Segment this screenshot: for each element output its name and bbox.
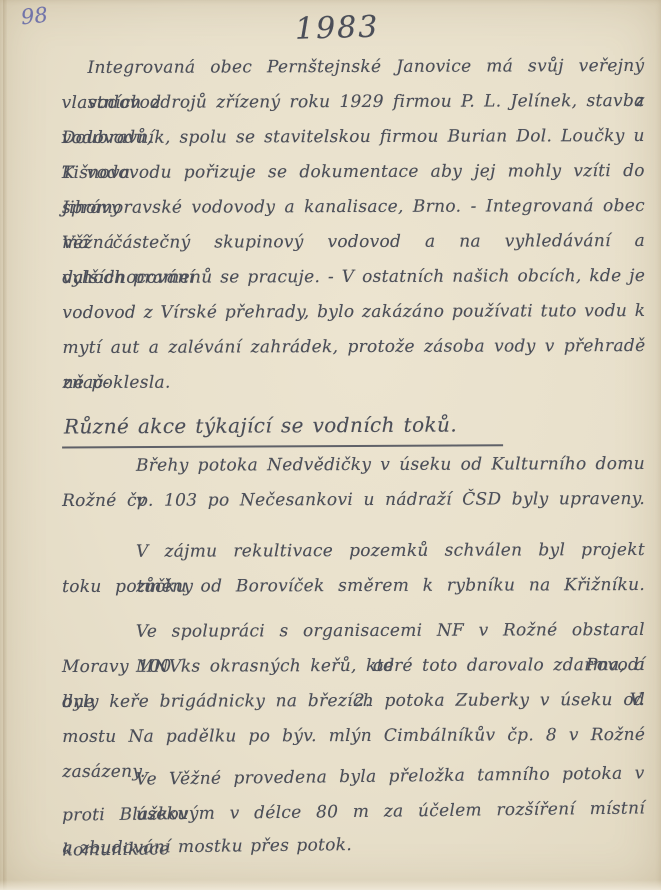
handwritten-line: dalších pramenů se pracuje. - V ostatníc… (62, 259, 645, 296)
handwritten-line: ně poklesla. (62, 364, 645, 401)
section-heading: Různé akce týkající se vodních toků. (62, 406, 645, 449)
handwritten-line: Rožné čp. 103 po Nečesankovi u nádraží Č… (62, 482, 645, 519)
year-heading: 1983 (294, 0, 661, 55)
paragraph-recultivation: V zájmu rekultivace pozemků schválen byl… (62, 533, 645, 605)
section-heading-text: Různé akce týkající se vodních toků. (62, 407, 503, 448)
handwritten-line: V zájmu rekultivace pozemků schválen byl… (62, 533, 645, 570)
page-number: 98 (20, 3, 49, 30)
handwritten-line: Integrovaná obec Pernštejnské Janovice m… (61, 49, 644, 86)
handwritten-line: má částečný skupinový vodovod a na vyhle… (62, 224, 645, 261)
handwritten-line: byly keře brigádnicky na březích potoka … (62, 683, 645, 720)
handwritten-line: Doubravník, spolu se stavitelskou firmou… (62, 119, 645, 156)
handwritten-line: vlastních zdrojů zřízený roku 1929 firmo… (62, 84, 645, 121)
handwritten-line: Jihomoravské vodovody a kanalisace, Brno… (62, 189, 645, 226)
handwritten-line: Břehy potoka Nedvědičky v úseku od Kultu… (62, 447, 645, 484)
intro-paragraph: Integrovaná obec Pernštejnské Janovice m… (61, 49, 645, 401)
handwritten-line: a zbudování mostku přes potok. (62, 826, 645, 865)
paragraph-shrub-planting: Ve spolupráci s organisacemi NF v Rožné … (62, 613, 645, 755)
paragraph-stream-relocation: Ve Věžné provedena byla přeložka tamního… (61, 756, 645, 865)
paragraph-riverbanks: Břehy potoka Nedvědičky v úseku od Kultu… (62, 447, 645, 519)
handwritten-line: vodovod z Vírské přehrady, bylo zakázáno… (62, 294, 645, 331)
handwritten-line: Ve spolupráci s organisacemi NF v Rožné … (62, 613, 645, 650)
handwritten-line: mostu Na padělku po býv. mlýn Cimbálníků… (62, 718, 645, 755)
handwritten-line: mytí aut a zalévání zahrádek, protože zá… (62, 329, 645, 366)
chronicle-page: 98 1983 Integrovaná obec Pernštejnské Ja… (0, 0, 661, 890)
handwritten-line: Moravy 100 ks okrasných keřů, které toto… (62, 648, 645, 685)
handwritten-line: toku potůčku od Borovíček směrem k rybní… (62, 568, 645, 605)
handwritten-line: proti Blažkovým v délce 80 m za účelem r… (62, 791, 645, 833)
handwritten-line: K vodovodu pořizuje se dokumentace aby j… (62, 154, 645, 191)
